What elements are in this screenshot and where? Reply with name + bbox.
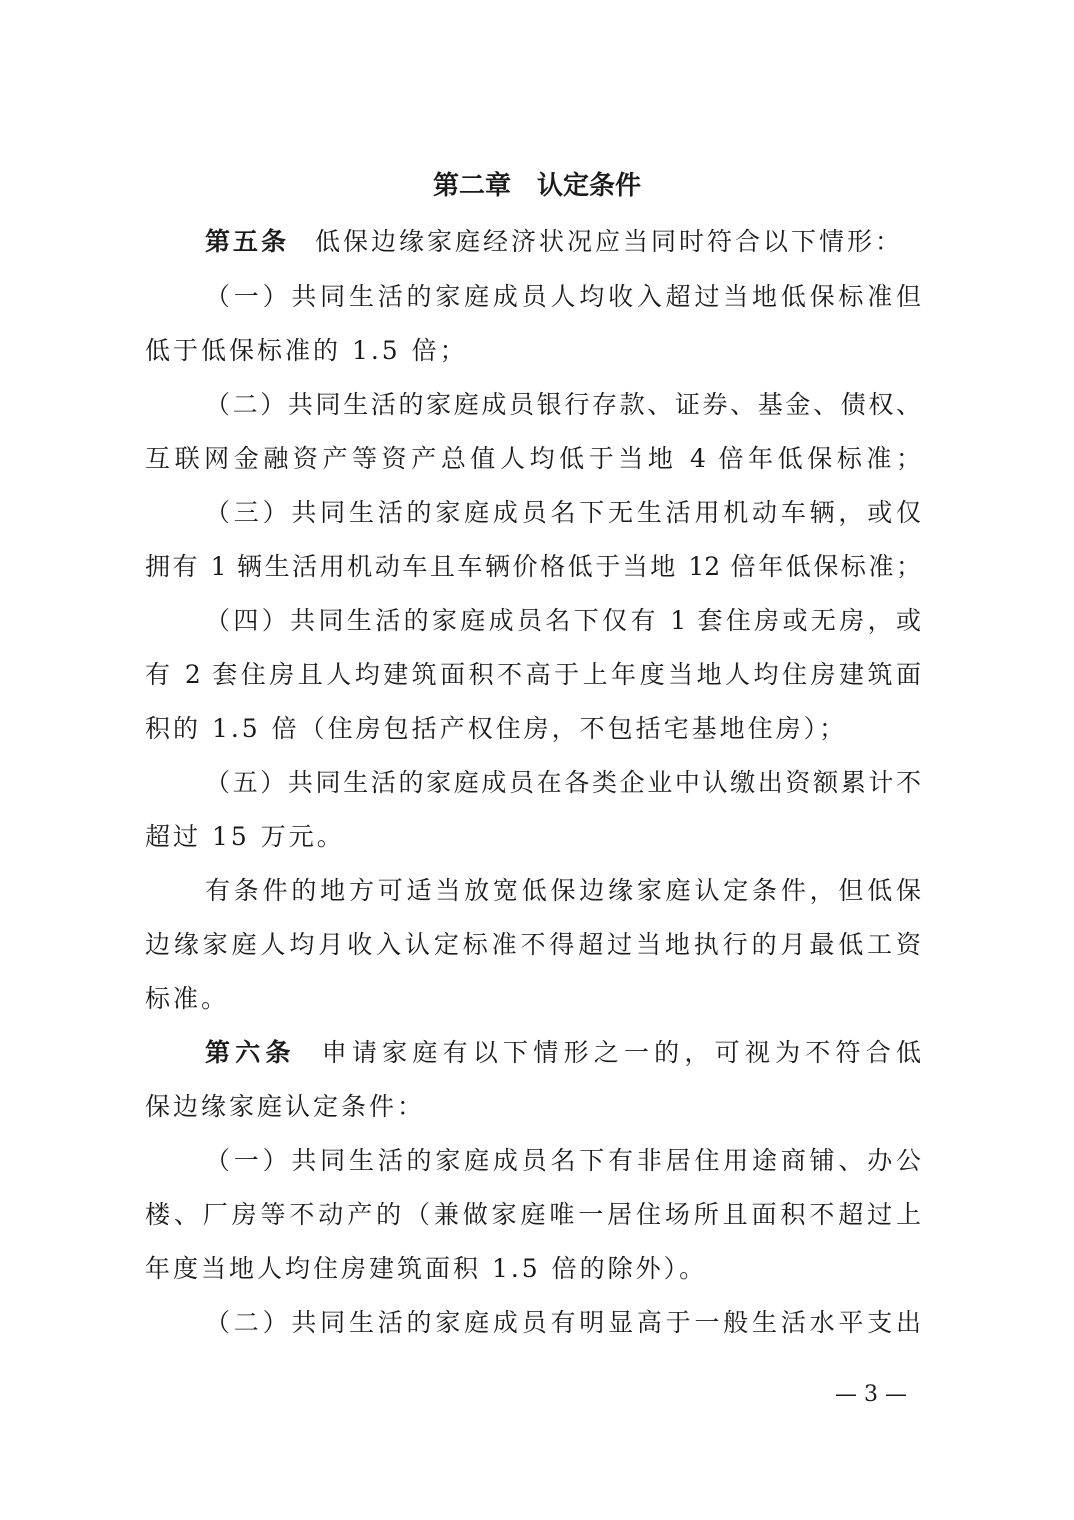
article5-item5-line1: （五）共同生活的家庭成员在各类企业中认缴出资额累计不 (205, 763, 921, 803)
article5-intro: 第五条低保边缘家庭经济状况应当同时符合以下情形： (205, 222, 921, 262)
article6-intro: 第六条申请家庭有以下情形之一的，可视为不符合低 (205, 1033, 921, 1073)
article6-item1-line3: 年度当地人均住房建筑面积 1.5 倍的除外）。 (145, 1249, 921, 1289)
article6-item1-line1: （一）共同生活的家庭成员名下有非居住用途商铺、办公 (205, 1141, 921, 1181)
article6-intro-line2: 保边缘家庭认定条件： (145, 1087, 921, 1127)
article5-label: 第五条 (205, 227, 289, 256)
article5-item4-line3: 积的 1.5 倍（住房包括产权住房，不包括宅基地住房）； (145, 709, 921, 749)
article5-note-line2: 边缘家庭人均月收入认定标准不得超过当地执行的月最低工资 (145, 925, 921, 965)
article5-note-line1: 有条件的地方可适当放宽低保边缘家庭认定条件，但低保 (205, 871, 921, 911)
page-number: — 3 — (826, 1380, 916, 1410)
article5-item2-line1: （二）共同生活的家庭成员银行存款、证券、基金、债权、 (205, 385, 921, 425)
chapter-title: 认定条件 (537, 171, 641, 201)
article5-item1-line2: 低于低保标准的 1.5 倍； (145, 331, 921, 371)
article5-item4-line1: （四）共同生活的家庭成员名下仅有 1 套住房或无房，或 (205, 601, 921, 641)
article5-item3-line2: 拥有 1 辆生活用机动车且车辆价格低于当地 12 倍年低保标准； (145, 547, 921, 587)
article5-item3-line1: （三）共同生活的家庭成员名下无生活用机动车辆，或仅 (205, 493, 921, 533)
chapter-number: 第二章 (433, 171, 511, 201)
article5-item4-line2: 有 2 套住房且人均建筑面积不高于上年度当地人均住房建筑面 (145, 655, 921, 695)
article6-label: 第六条 (205, 1038, 296, 1067)
article5-note-line3: 标准。 (145, 979, 921, 1019)
article5-item5-line2: 超过 15 万元。 (145, 817, 921, 857)
article5-item2-line2: 互联网金融资产等资产总值人均低于当地 4 倍年低保标准； (145, 439, 921, 479)
article5-item1-line1: （一）共同生活的家庭成员人均收入超过当地低保标准但 (205, 277, 921, 317)
article6-item1-line2: 楼、厂房等不动产的（兼做家庭唯一居住场所且面积不超过上 (145, 1195, 921, 1235)
article6-item2-line1: （二）共同生活的家庭成员有明显高于一般生活水平支出 (205, 1303, 921, 1343)
chapter-heading: 第二章认定条件 (0, 166, 1074, 206)
